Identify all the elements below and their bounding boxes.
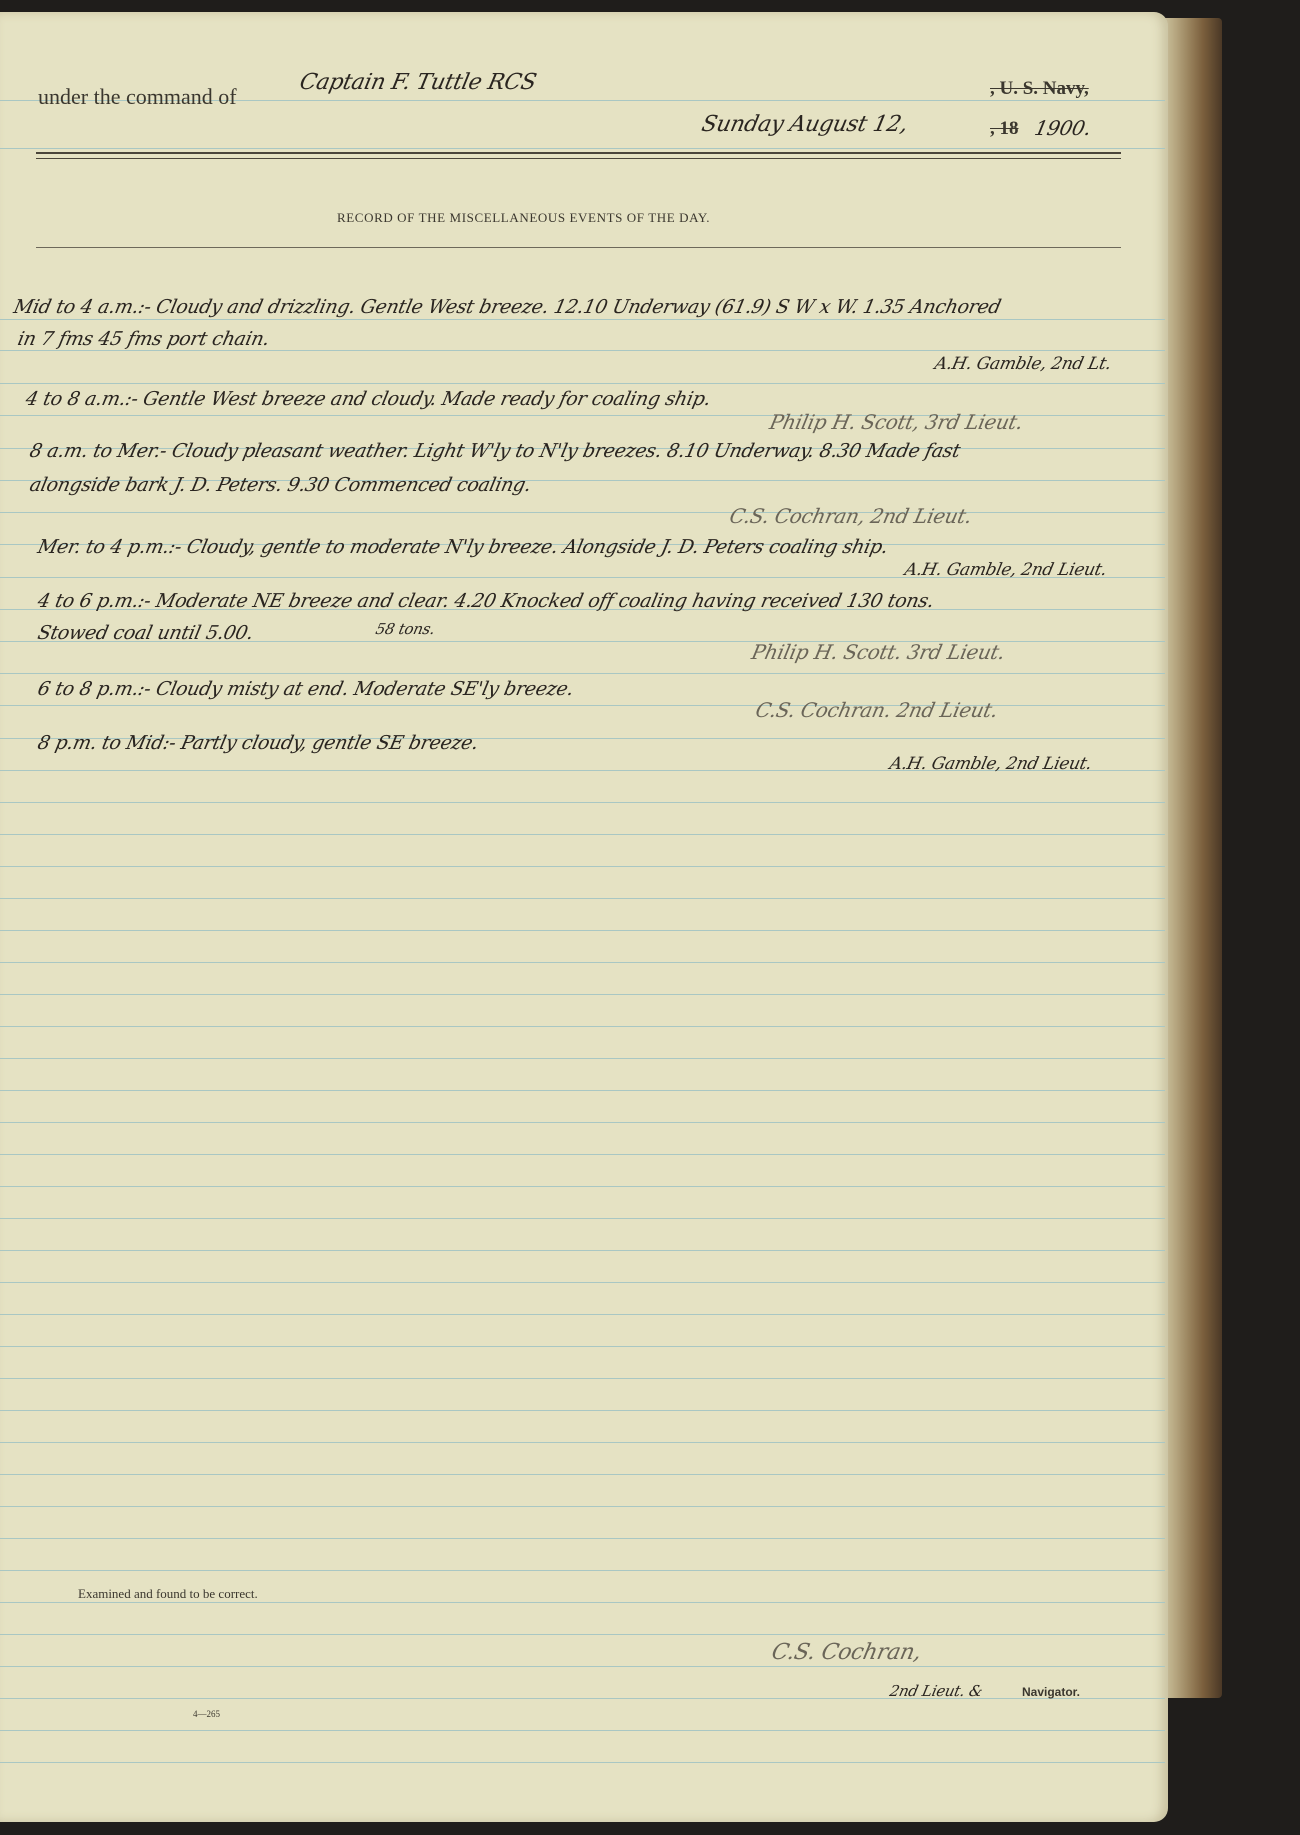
rule-line	[0, 1154, 1165, 1155]
rule-line	[0, 319, 1165, 320]
rule-line	[0, 1122, 1165, 1123]
entry-line: Mer. to 4 p.m.:- Cloudy, gentle to moder…	[36, 536, 890, 558]
rule-line	[0, 383, 1165, 384]
date-handwritten: Sunday August 12,	[699, 112, 910, 137]
rule-line	[0, 148, 1165, 149]
rule-line	[0, 1442, 1165, 1443]
officer-signature: A.H. Gamble, 2nd Lt.	[933, 354, 1113, 374]
rule-line	[0, 866, 1165, 867]
officer-signature: Philip H. Scott. 3rd Lieut.	[749, 640, 1007, 664]
rule-line	[0, 1250, 1165, 1251]
header-divider	[36, 152, 1121, 154]
entry-line: 6 to 8 p.m.:- Cloudy misty at end. Moder…	[36, 678, 576, 700]
rule-line	[0, 994, 1165, 995]
form-number: 4—265	[193, 1709, 220, 1719]
rule-line	[0, 512, 1165, 513]
entry-line: 4 to 8 a.m.:- Gentle West breeze and clo…	[24, 388, 713, 410]
rule-line	[0, 802, 1165, 803]
navigator-signature: C.S. Cochran,	[769, 1640, 923, 1665]
section-heading: RECORD OF THE MISCELLANEOUS EVENTS OF TH…	[337, 210, 710, 226]
rule-line	[0, 1506, 1165, 1507]
rule-line	[0, 1378, 1165, 1379]
rule-line	[0, 1538, 1165, 1539]
rule-line	[0, 1090, 1165, 1091]
rule-line	[0, 1314, 1165, 1315]
entry-line: Mid to 4 a.m.:- Cloudy and drizzling. Ge…	[12, 296, 1003, 318]
rule-line	[0, 962, 1165, 963]
entry-line: alongside bark J. D. Peters. 9.30 Commen…	[28, 474, 533, 496]
header-divider-thin	[36, 158, 1121, 159]
rule-line	[0, 1026, 1165, 1027]
rule-line	[0, 1346, 1165, 1347]
command-label: under the command of	[38, 84, 237, 110]
page-edges	[1160, 18, 1222, 1698]
rule-line	[0, 1698, 1165, 1699]
entry-line: 8 p.m. to Mid:- Partly cloudy, gentle SE…	[36, 732, 481, 754]
rule-line	[0, 1602, 1165, 1603]
rule-line	[0, 1410, 1165, 1411]
entry-line: Stowed coal until 5.00.	[36, 622, 256, 644]
navigator-label: Navigator.	[1022, 1685, 1080, 1699]
officer-signature: C.S. Cochran, 2nd Lieut.	[727, 504, 974, 528]
officer-signature: A.H. Gamble, 2nd Lieut.	[903, 560, 1109, 580]
navigator-rank-handwritten: 2nd Lieut. &	[888, 1682, 984, 1700]
rule-line	[0, 1474, 1165, 1475]
rule-line	[0, 673, 1165, 674]
rule-line	[0, 930, 1165, 931]
officer-signature: C.S. Cochran. 2nd Lieut.	[753, 698, 1000, 722]
year-prefix-struck: , 18	[990, 118, 1019, 140]
rule-line	[0, 1666, 1165, 1667]
rule-line	[0, 1218, 1165, 1219]
section-divider	[36, 247, 1121, 248]
entry-line: in 7 fms 45 fms port chain.	[16, 328, 272, 350]
officer-signature: A.H. Gamble, 2nd Lieut.	[888, 754, 1094, 774]
rule-line	[0, 1058, 1165, 1059]
commander-name: Captain F. Tuttle RCS	[297, 70, 538, 95]
rule-line	[0, 1762, 1165, 1763]
rule-line	[0, 350, 1165, 351]
navy-label-struck: , U. S. Navy,	[990, 78, 1089, 100]
entry-line: 4 to 6 p.m.:- Moderate NE breeze and cle…	[36, 590, 936, 612]
rule-line	[0, 1186, 1165, 1187]
officer-signature: Philip H. Scott, 3rd Lieut.	[767, 410, 1025, 434]
rule-line	[0, 1282, 1165, 1283]
rule-line	[0, 834, 1165, 835]
entry-line: 8 a.m. to Mer.- Cloudy pleasant weather.…	[28, 440, 963, 462]
year-handwritten: 1900.	[1032, 116, 1093, 140]
rule-line	[0, 898, 1165, 899]
rule-line	[0, 1730, 1165, 1731]
entry-note: 58 tons.	[374, 620, 436, 638]
rule-line	[0, 1570, 1165, 1571]
rule-line	[0, 1634, 1165, 1635]
examined-statement: Examined and found to be correct.	[78, 1586, 258, 1602]
log-book-page: under the command of Captain F. Tuttle R…	[0, 12, 1168, 1822]
